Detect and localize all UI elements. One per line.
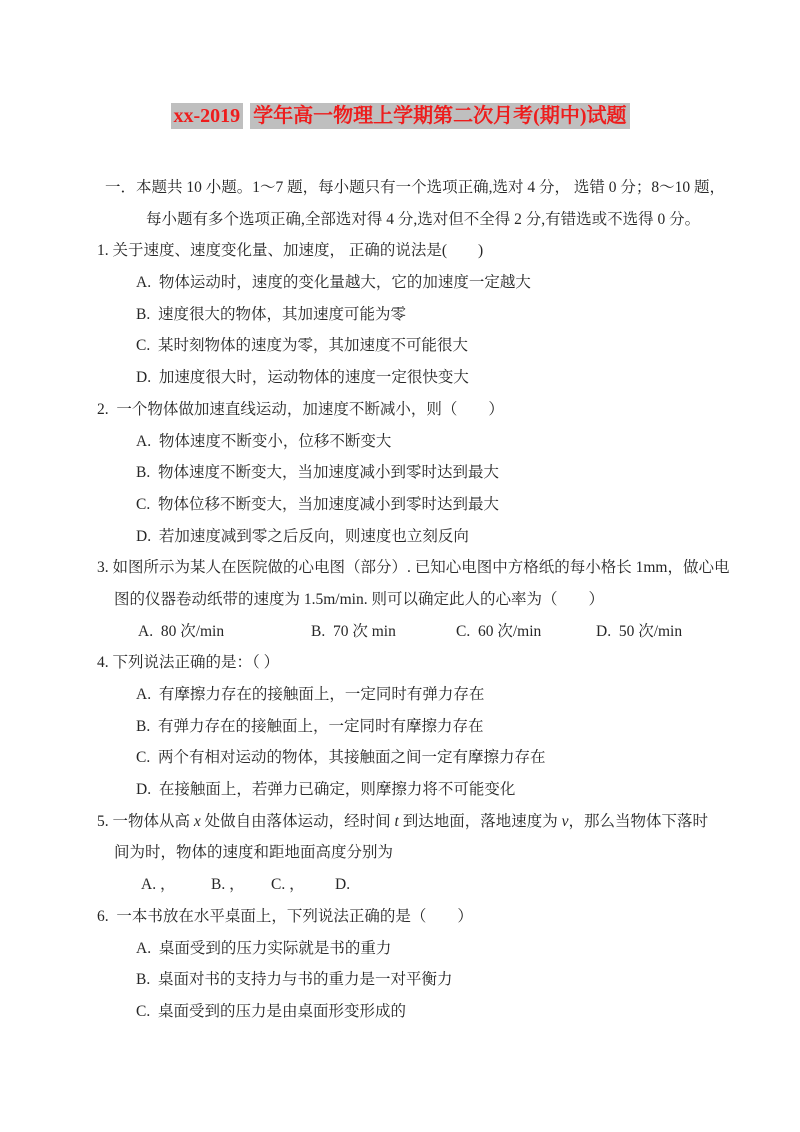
question-6-option-c: C. 桌面受到的压力是由桌面形变形成的	[97, 996, 770, 1028]
title-year-highlight: xx-2019	[171, 103, 244, 129]
question-2: 2. 一个物体做加速直线运动，加速度不断减小，则（ ） A. 物体速度不断变小，…	[97, 394, 770, 552]
question-3-option-a: A. 80 次/min	[138, 616, 224, 648]
question-5-var-v: v	[562, 813, 569, 830]
question-4: 4. 下列说法正确的是：（ ） A. 有摩擦力存在的接触面上，一定同时有弹力存在…	[97, 647, 770, 805]
question-1-option-a: A. 物体运动时，速度的变化量越大，它的加速度一定越大	[97, 267, 770, 299]
question-5-stem-line1: 5. 一物体从高 x 处做自由落体运动，经时间 t 到达地面，落地速度为 v，那…	[97, 806, 770, 838]
question-2-option-b: B. 物体速度不断变大，当加速度减小到零时达到最大	[97, 457, 770, 489]
question-2-option-a: A. 物体速度不断变小，位移不断变大	[97, 426, 770, 458]
question-2-option-d: D. 若加速度减到零之后反向，则速度也立刻反向	[97, 521, 770, 553]
question-5-stem-text-3: 到达地面，落地速度为	[399, 813, 562, 830]
section-intro-line1: 一．本题共 10 小题。1～7 题，每小题只有一个选项正确,选对 4 分， 选错…	[97, 172, 770, 204]
question-5-option-d: D.	[335, 869, 350, 901]
question-2-option-c: C. 物体位移不断变大，当加速度减小到零时达到最大	[97, 489, 770, 521]
question-5-option-row: A. ， B. ， C. ， D.	[97, 869, 770, 901]
question-6-option-b: B. 桌面对书的支持力与书的重力是一对平衡力	[97, 964, 770, 996]
page-title: xx-2019学年高一物理上学期第二次月考(期中)试题	[0, 0, 800, 130]
exam-body: 一．本题共 10 小题。1～7 题，每小题只有一个选项正确,选对 4 分， 选错…	[97, 172, 770, 1028]
question-1-option-c: C. 某时刻物体的速度为零，其加速度不可能很大	[97, 330, 770, 362]
question-5-stem-text-1: 5. 一物体从高	[97, 813, 194, 830]
question-5-option-a: A. ，	[141, 869, 175, 901]
question-6-option-a: A. 桌面受到的压力实际就是书的重力	[97, 933, 770, 965]
question-3-option-b: B. 70 次 min	[311, 616, 396, 648]
question-4-option-c: C. 两个有相对运动的物体，其接触面之间一定有摩擦力存在	[97, 742, 770, 774]
question-1-option-b: B. 速度很大的物体，其加速度可能为零	[97, 299, 770, 331]
question-1-stem: 1. 关于速度、速度变化量、加速度， 正确的说法是( )	[97, 235, 770, 267]
question-3-option-row: A. 80 次/min B. 70 次 min C. 60 次/min D. 5…	[97, 616, 770, 648]
question-3-stem-line1: 3. 如图所示为某人在医院做的心电图（部分）. 已知心电图中方格纸的每小格长 1…	[97, 552, 770, 584]
question-5-stem-text-2: 处做自由落体运动，经时间	[201, 813, 395, 830]
question-6: 6. 一本书放在水平桌面上，下列说法正确的是（ ） A. 桌面受到的压力实际就是…	[97, 901, 770, 1028]
question-4-stem: 4. 下列说法正确的是：（ ）	[97, 647, 770, 679]
question-1: 1. 关于速度、速度变化量、加速度， 正确的说法是( ) A. 物体运动时，速度…	[97, 235, 770, 393]
question-5-option-b: B. ，	[211, 869, 245, 901]
question-3: 3. 如图所示为某人在医院做的心电图（部分）. 已知心电图中方格纸的每小格长 1…	[97, 552, 770, 647]
question-5-option-c: C. ，	[271, 869, 305, 901]
question-3-stem-line2: 图的仪器卷动纸带的速度为 1.5m/min. 则可以确定此人的心率为（ ）	[97, 584, 770, 616]
question-2-stem: 2. 一个物体做加速直线运动，加速度不断减小，则（ ）	[97, 394, 770, 426]
question-3-option-c: C. 60 次/min	[456, 616, 541, 648]
title-main-highlight: 学年高一物理上学期第二次月考(期中)试题	[250, 103, 629, 129]
exam-page: xx-2019学年高一物理上学期第二次月考(期中)试题 一．本题共 10 小题。…	[0, 0, 800, 1132]
section-intro-line2: 每小题有多个选项正确,全部选对得 4 分,选对但不全得 2 分,有错选或不选得 …	[97, 204, 770, 236]
question-4-option-b: B. 有弹力存在的接触面上，一定同时有摩擦力存在	[97, 711, 770, 743]
question-1-option-d: D. 加速度很大时，运动物体的速度一定很快变大	[97, 362, 770, 394]
question-6-stem: 6. 一本书放在水平桌面上，下列说法正确的是（ ）	[97, 901, 770, 933]
question-5-stem-text-4: ，那么当物体下落时	[569, 813, 709, 830]
question-5: 5. 一物体从高 x 处做自由落体运动，经时间 t 到达地面，落地速度为 v，那…	[97, 806, 770, 901]
question-4-option-a: A. 有摩擦力存在的接触面上，一定同时有弹力存在	[97, 679, 770, 711]
question-3-option-d: D. 50 次/min	[596, 616, 682, 648]
question-5-var-x: x	[194, 813, 201, 830]
question-5-stem-line2: 间为时，物体的速度和距地面高度分别为	[97, 837, 770, 869]
question-4-option-d: D. 在接触面上，若弹力已确定，则摩擦力将不可能变化	[97, 774, 770, 806]
